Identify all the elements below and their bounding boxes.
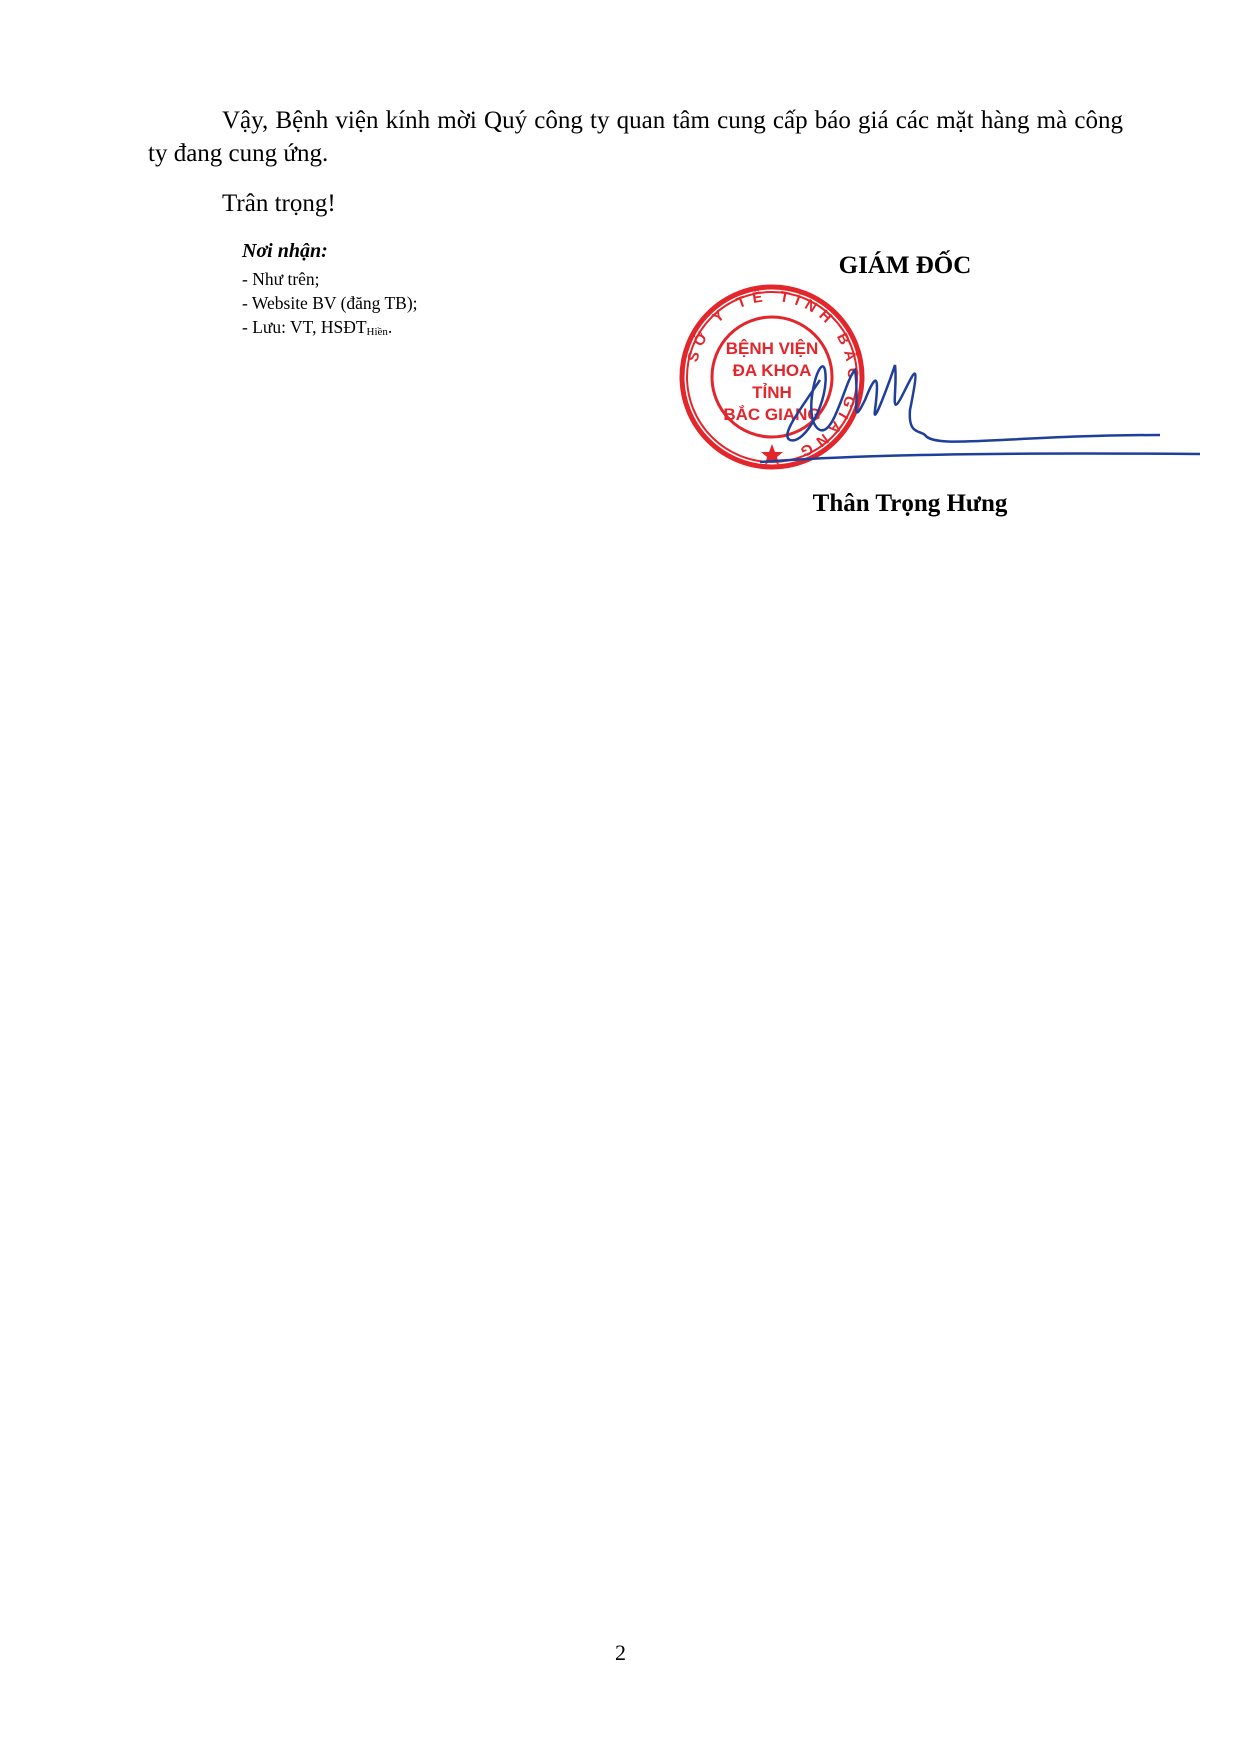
recipient-item: - Lưu: VT, HSĐTHiền. [242, 315, 418, 344]
signer-role: GIÁM ĐỐC [780, 252, 1030, 280]
page-number: 2 [0, 1640, 1241, 1666]
signer-name: Thân Trọng Hưng [760, 490, 1060, 518]
recipient-item: - Như trên; [242, 267, 418, 291]
closing-greeting: Trân trọng! [222, 190, 336, 218]
recipient-subscript: Hiền [367, 326, 388, 338]
signature-icon [760, 340, 1200, 480]
body-paragraph: Vậy, Bệnh viện kính mời Quý công ty quan… [148, 104, 1123, 170]
recipients-block: Nơi nhận: - Như trên; - Website BV (đăng… [242, 240, 418, 344]
recipient-item: - Website BV (đăng TB); [242, 291, 418, 315]
recipients-title: Nơi nhận: [242, 240, 418, 263]
